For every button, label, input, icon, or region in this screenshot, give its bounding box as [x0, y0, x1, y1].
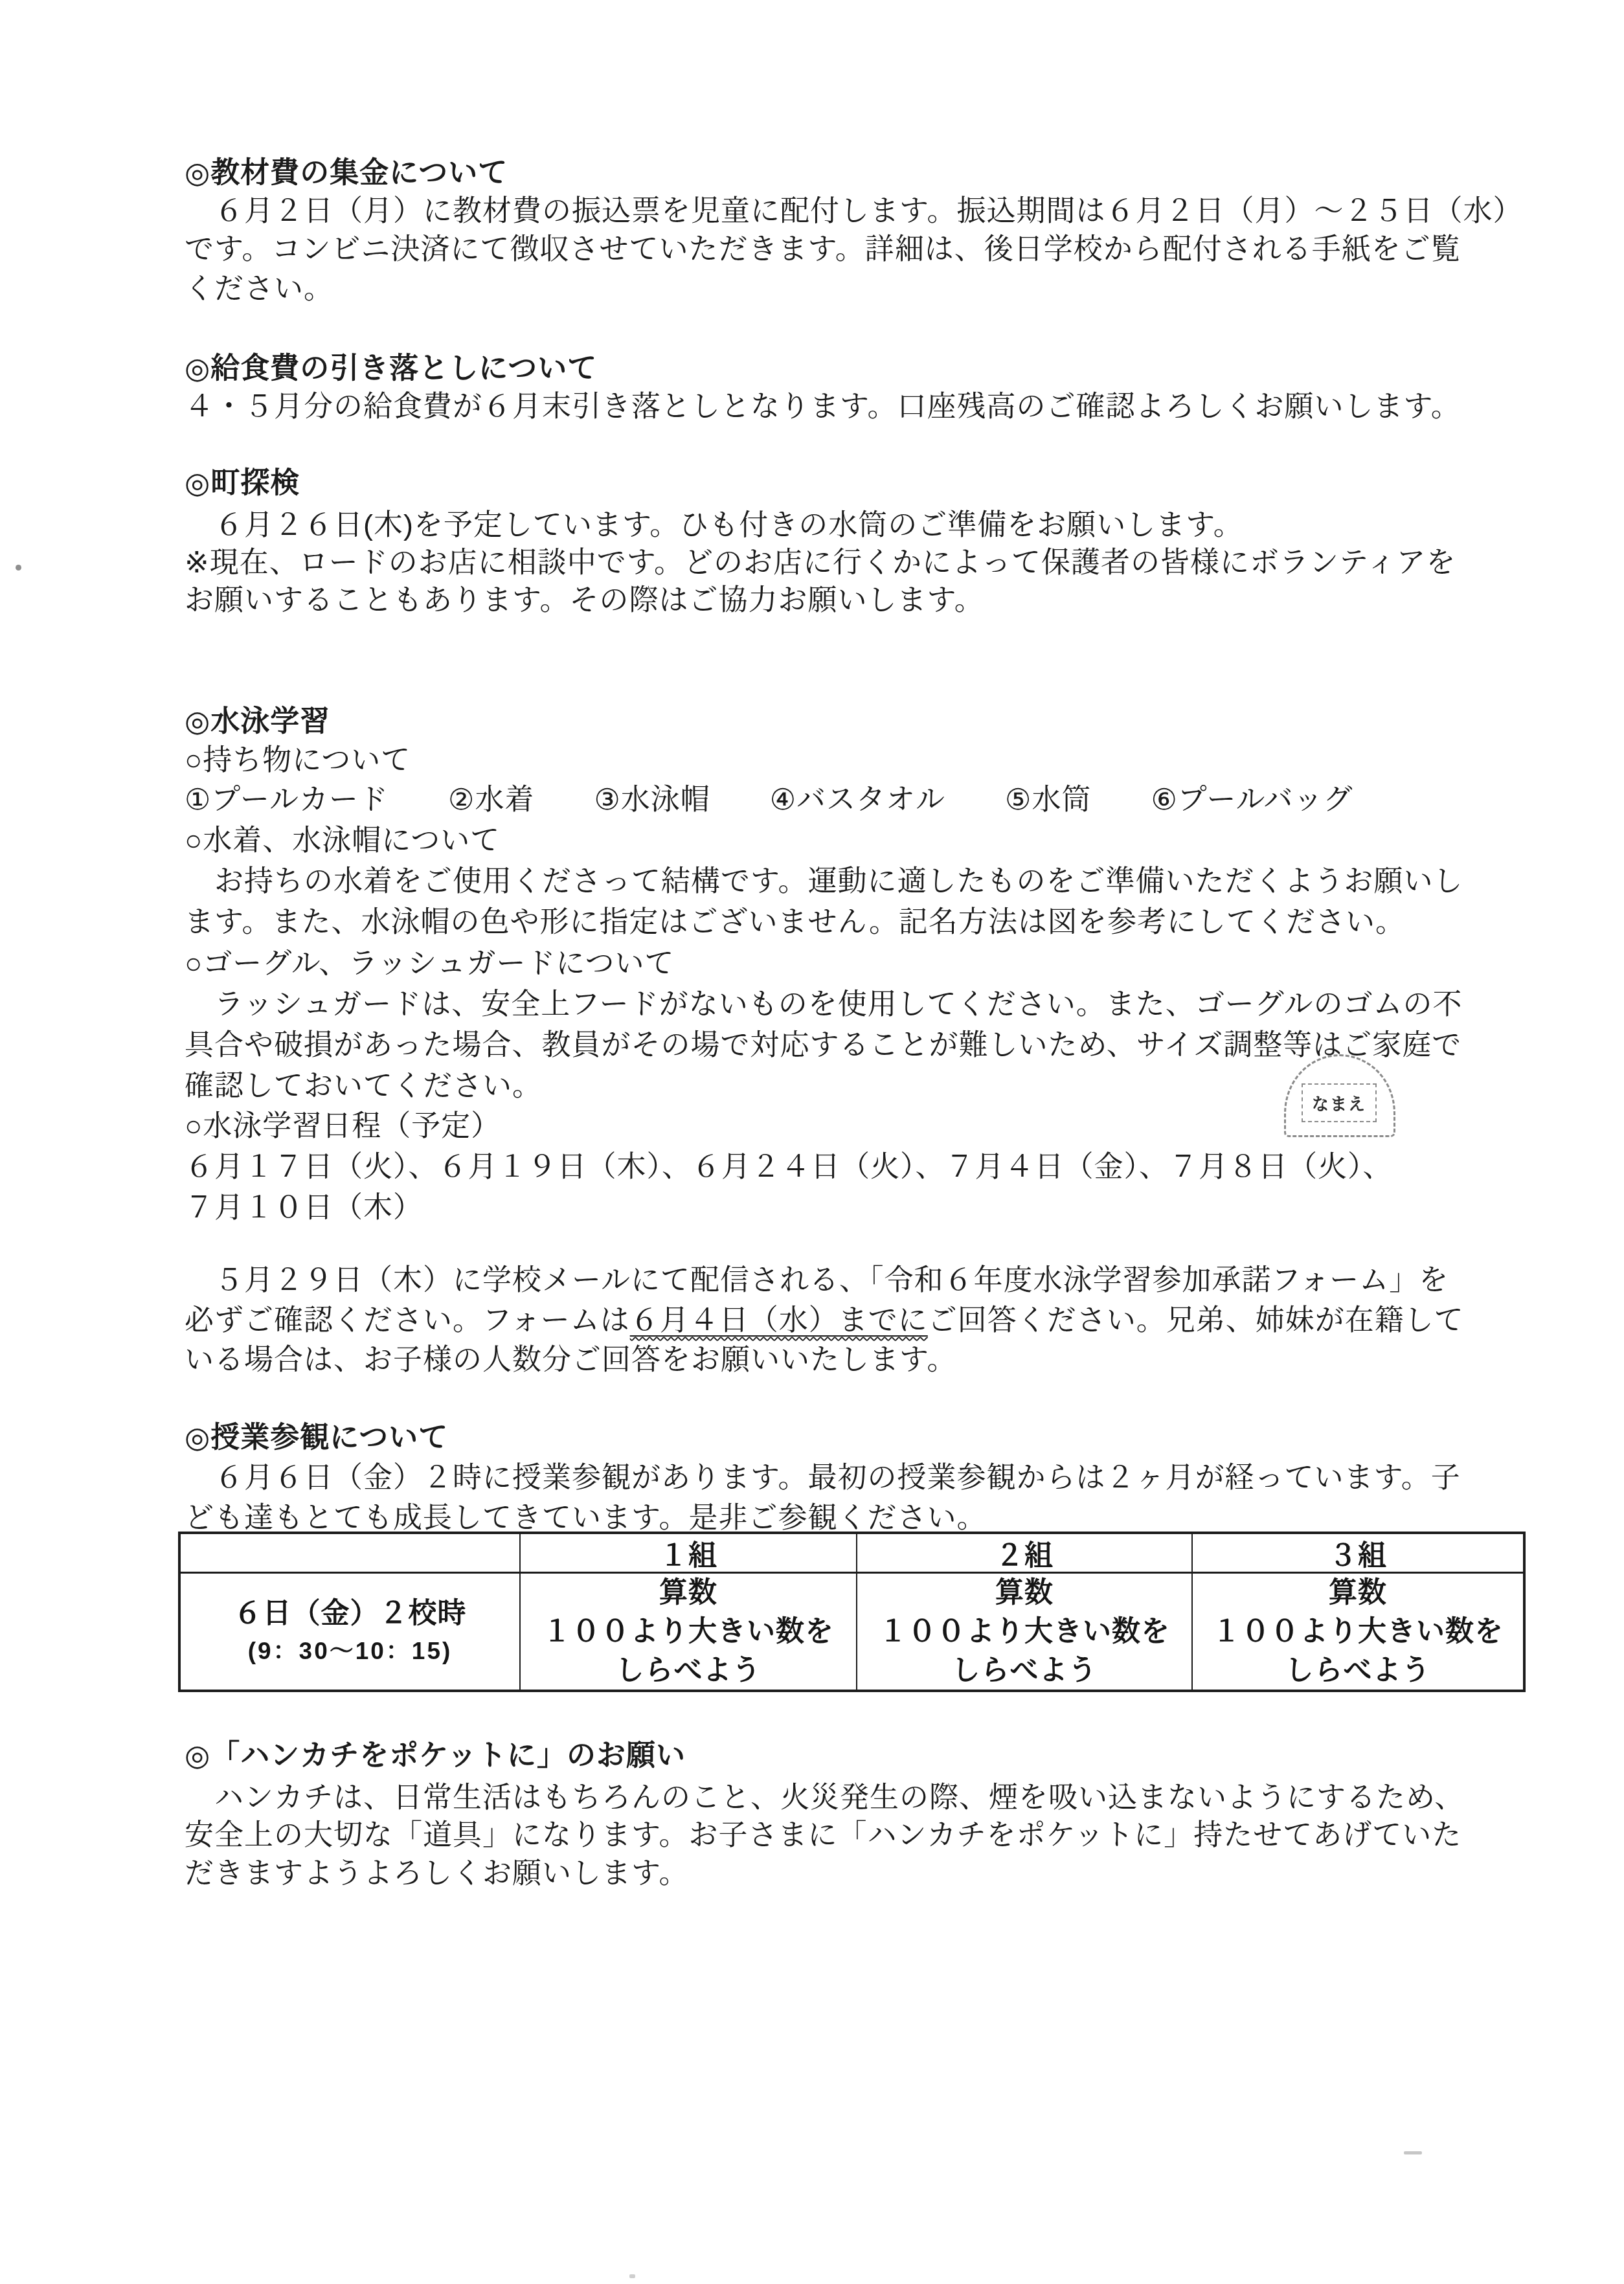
body-line: ４・５月分の給食費が６月末引き落としとなります。口座残高のご確認よろしくお願いし…	[185, 389, 1461, 424]
body-line: ども達もとても成長してきています。是非ご参観ください。	[185, 1500, 986, 1535]
topic-line: １００より大きい数を	[1212, 1612, 1504, 1651]
body-line: ください。	[185, 271, 333, 306]
swim-schedule-dates: ７月１０日（木）	[185, 1190, 423, 1225]
belongings-items: ①プールカード ②水着 ③水泳帽 ④バスタオル ⑤水筒 ⑥プールバッグ	[185, 782, 1353, 817]
body-line: ５月２９日（木）に学校メールにて配信される、「令和６年度水泳学習参加承諾フォーム…	[185, 1263, 1449, 1298]
body-line: ラッシュガードは、安全上フードがないものを使用してください。また、ゴーグルのゴム…	[185, 987, 1463, 1022]
subheading-belongings: ○持ち物について	[185, 743, 411, 778]
section-heading-lunch-fee: ◎給食費の引き落としについて	[185, 351, 597, 386]
topic-line: しらべよう	[952, 1651, 1098, 1690]
table-cell-period: ６日（金）２校時 (9：30～10：15)	[181, 1572, 519, 1690]
section-heading-town-exploration: ◎町探検	[185, 466, 300, 501]
table-cell-class3: 算数 １００より大きい数を しらべよう	[1191, 1572, 1523, 1690]
table-header-class3: ３組	[1191, 1534, 1523, 1572]
section-heading-swimming: ◎水泳学習	[185, 704, 330, 739]
topic-line: しらべよう	[616, 1651, 761, 1690]
period-time: (9：30～10：15)	[248, 1633, 453, 1669]
body-line: ハンカチは、日常生活はもちろんのこと、火災発生の際、煙を吸い込まないようにするた…	[185, 1780, 1464, 1815]
section-heading-class-observation: ◎授業参観について	[185, 1420, 448, 1455]
body-line: 安全上の大切な「道具」になります。お子さまに「ハンカチをポケットに」持たせてあげ…	[185, 1818, 1461, 1853]
body-line: です。コンビニ決済にて徴収させていただきます。詳細は、後日学校から配付される手紙…	[185, 232, 1461, 267]
table-header-class1: １組	[519, 1534, 856, 1572]
table-header-class2: ２組	[856, 1534, 1191, 1572]
swim-cap-illustration: なまえ	[1284, 1054, 1395, 1137]
deadline-underlined: ６月４日（水）までに	[630, 1304, 928, 1337]
section-heading-handkerchief: ◎「ハンカチをポケットに」のお願い	[185, 1738, 686, 1773]
scan-artifact	[629, 2274, 635, 2278]
table-cell-class2: 算数 １００より大きい数を しらべよう	[856, 1572, 1191, 1690]
period-label: ６日（金）２校時	[234, 1594, 467, 1633]
subject: 算数	[995, 1574, 1054, 1612]
subheading-goggles: ○ゴーグル、ラッシュガードについて	[185, 946, 675, 981]
document-page: ◎教材費の集金について ６月２日（月）に教材費の振込票を児童に配付します。振込期…	[0, 0, 1624, 2284]
swim-schedule-dates: ６月１７日（火）、６月１９日（木）、６月２４日（火）、７月４日（金）、７月８日（…	[185, 1149, 1393, 1184]
body-line: ※現在、ロードのお店に相談中です。どのお店に行くかによって保護者の皆様にボランテ…	[185, 545, 1456, 580]
body-line: お願いすることもあります。その際はご協力お願いします。	[185, 583, 984, 618]
swim-cap-name-label: なまえ	[1312, 1091, 1366, 1115]
topic-line: しらべよう	[1285, 1651, 1431, 1690]
topic-line: １００より大きい数を	[879, 1612, 1170, 1651]
scan-artifact	[16, 565, 21, 571]
subject: 算数	[1329, 1574, 1387, 1612]
body-line: ６月２日（月）に教材費の振込票を児童に配付します。振込期間は６月２日（月）～２５…	[185, 194, 1522, 229]
table-cell-class1: 算数 １００より大きい数を しらべよう	[519, 1572, 856, 1690]
body-line-with-deadline: 必ずご確認ください。フォームは６月４日（水）までにご回答ください。兄弟、姉妹が在…	[185, 1303, 1464, 1338]
table-header-corner	[181, 1534, 519, 1572]
swim-cap-name-tag: なまえ	[1302, 1083, 1377, 1122]
section-heading-materials-fee: ◎教材費の集金について	[185, 155, 508, 190]
body-text: ご回答ください。兄弟、姉妹が在籍して	[928, 1304, 1464, 1337]
body-line: 具合や破損があった場合、教員がその場で対応することが難しいため、サイズ調整等はご…	[185, 1028, 1461, 1063]
body-line: ６月２６日(木)を予定しています。ひも付きの水筒のご準備をお願いします。	[185, 508, 1243, 543]
body-line: いる場合は、お子様の人数分ご回答をお願いいたします。	[185, 1342, 956, 1377]
body-line: お持ちの水着をご使用くださって結構です。運動に適したものをご準備いただくようお願…	[185, 864, 1463, 899]
body-line: 確認しておいてください。	[185, 1069, 542, 1103]
topic-line: １００より大きい数を	[543, 1612, 834, 1651]
body-line: ます。また、水泳帽の色や形に指定はございません。記名方法は図を参考にしてください…	[185, 905, 1405, 940]
schedule-table: １組 ２組 ３組 ６日（金）２校時 (9：30～10：15) 算数 １００より大…	[178, 1532, 1526, 1692]
subject: 算数	[659, 1574, 717, 1612]
body-line: ６月６日（金）２時に授業参観があります。最初の授業参観からは２ヶ月が経っています…	[185, 1460, 1461, 1495]
body-line: だきますようよろしくお願いします。	[185, 1856, 688, 1891]
subheading-swimwear: ○水着、水泳帽について	[185, 823, 500, 858]
body-text: 必ずご確認ください。フォームは	[185, 1304, 630, 1337]
subheading-swim-schedule: ○水泳学習日程（予定）	[185, 1109, 501, 1144]
scan-artifact	[1404, 2151, 1422, 2154]
